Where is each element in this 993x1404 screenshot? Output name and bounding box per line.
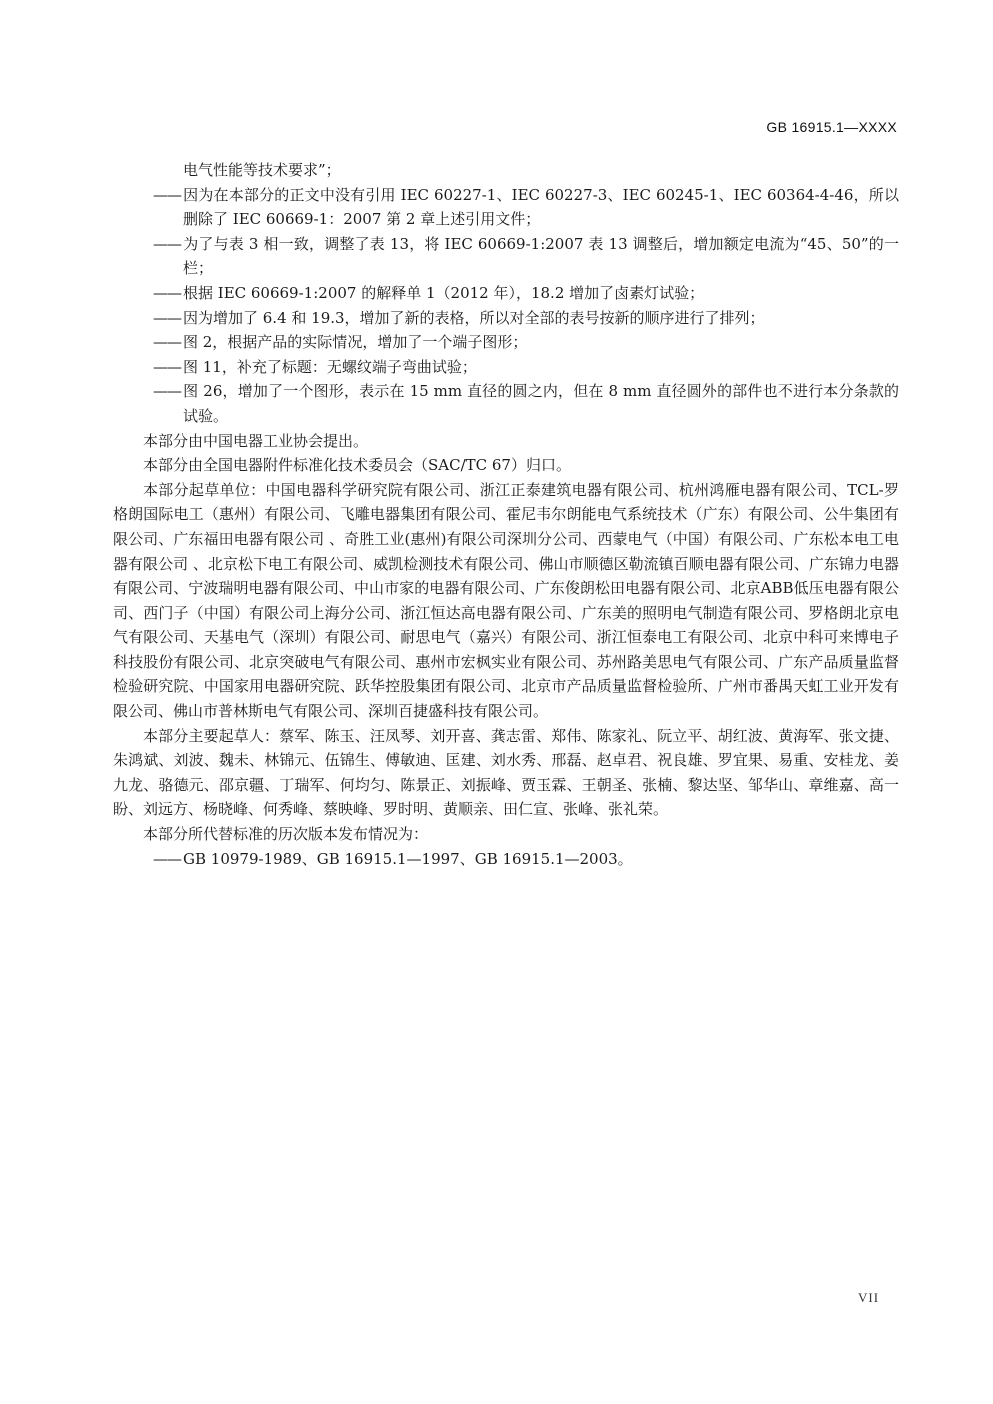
dash-mark: —— bbox=[153, 232, 183, 257]
proposed-by-paragraph: 本部分由中国电器工业协会提出。 bbox=[113, 429, 899, 454]
centralized-by-paragraph: 本部分由全国电器附件标准化技术委员会（SAC/TC 67）归口。 bbox=[113, 453, 899, 478]
dash-mark: —— bbox=[153, 306, 183, 331]
previous-editions-intro: 本部分所代替标准的历次版本发布情况为： bbox=[113, 822, 899, 847]
dash-mark: —— bbox=[153, 281, 183, 306]
dash-mark: —— bbox=[153, 183, 183, 208]
document-body: 电气性能等技术要求”； ——因为在本部分的正文中没有引用 IEC 60227-1… bbox=[113, 158, 899, 871]
continuation-line: 电气性能等技术要求”； bbox=[153, 158, 899, 183]
change-item: ——图 11，补充了标题：无螺纹端子弯曲试验； bbox=[153, 355, 899, 380]
previous-editions-item: ——GB 10979-1989、GB 16915.1—1997、GB 16915… bbox=[153, 847, 899, 872]
change-item: ——因为增加了 6.4 和 19.3，增加了新的表格，所以对全部的表号按新的顺序… bbox=[153, 306, 899, 331]
change-text: 根据 IEC 60669-1:2007 的解释单 1（2012 年），18.2 … bbox=[183, 284, 704, 302]
drafting-units-paragraph: 本部分起草单位：中国电器科学研究院有限公司、浙江正泰建筑电器有限公司、杭州鸿雁电… bbox=[113, 478, 899, 724]
change-item: ——根据 IEC 60669-1:2007 的解释单 1（2012 年），18.… bbox=[153, 281, 899, 306]
previous-editions-text: GB 10979-1989、GB 16915.1—1997、GB 16915.1… bbox=[183, 850, 633, 868]
change-text: 图 2，根据产品的实际情况，增加了一个端子图形； bbox=[183, 333, 527, 351]
dash-mark: —— bbox=[153, 330, 183, 355]
change-text: 图 11，补充了标题：无螺纹端子弯曲试验； bbox=[183, 358, 477, 376]
dash-mark: —— bbox=[153, 379, 183, 404]
change-text: 因为在本部分的正文中没有引用 IEC 60227-1、IEC 60227-3、I… bbox=[183, 186, 899, 229]
change-item: ——图 2，根据产品的实际情况，增加了一个端子图形； bbox=[153, 330, 899, 355]
standard-number-header: GB 16915.1—XXXX bbox=[766, 119, 897, 135]
page-number: VII bbox=[858, 1290, 879, 1306]
change-text: 图 26，增加了一个图形，表示在 15 mm 直径的圆之内，但在 8 mm 直径… bbox=[183, 382, 899, 425]
change-item: ——图 26，增加了一个图形，表示在 15 mm 直径的圆之内，但在 8 mm … bbox=[153, 379, 899, 428]
dash-mark: —— bbox=[153, 847, 183, 872]
main-drafters-paragraph: 本部分主要起草人：蔡军、陈玉、汪凤琴、刘开喜、龚志雷、郑伟、陈家礼、阮立平、胡红… bbox=[113, 724, 899, 822]
change-text: 因为增加了 6.4 和 19.3，增加了新的表格，所以对全部的表号按新的顺序进行… bbox=[183, 309, 765, 327]
change-text: 为了与表 3 相一致，调整了表 13，将 IEC 60669-1:2007 表 … bbox=[183, 235, 899, 278]
change-item: ——为了与表 3 相一致，调整了表 13，将 IEC 60669-1:2007 … bbox=[153, 232, 899, 281]
change-item: ——因为在本部分的正文中没有引用 IEC 60227-1、IEC 60227-3… bbox=[153, 183, 899, 232]
dash-mark: —— bbox=[153, 355, 183, 380]
